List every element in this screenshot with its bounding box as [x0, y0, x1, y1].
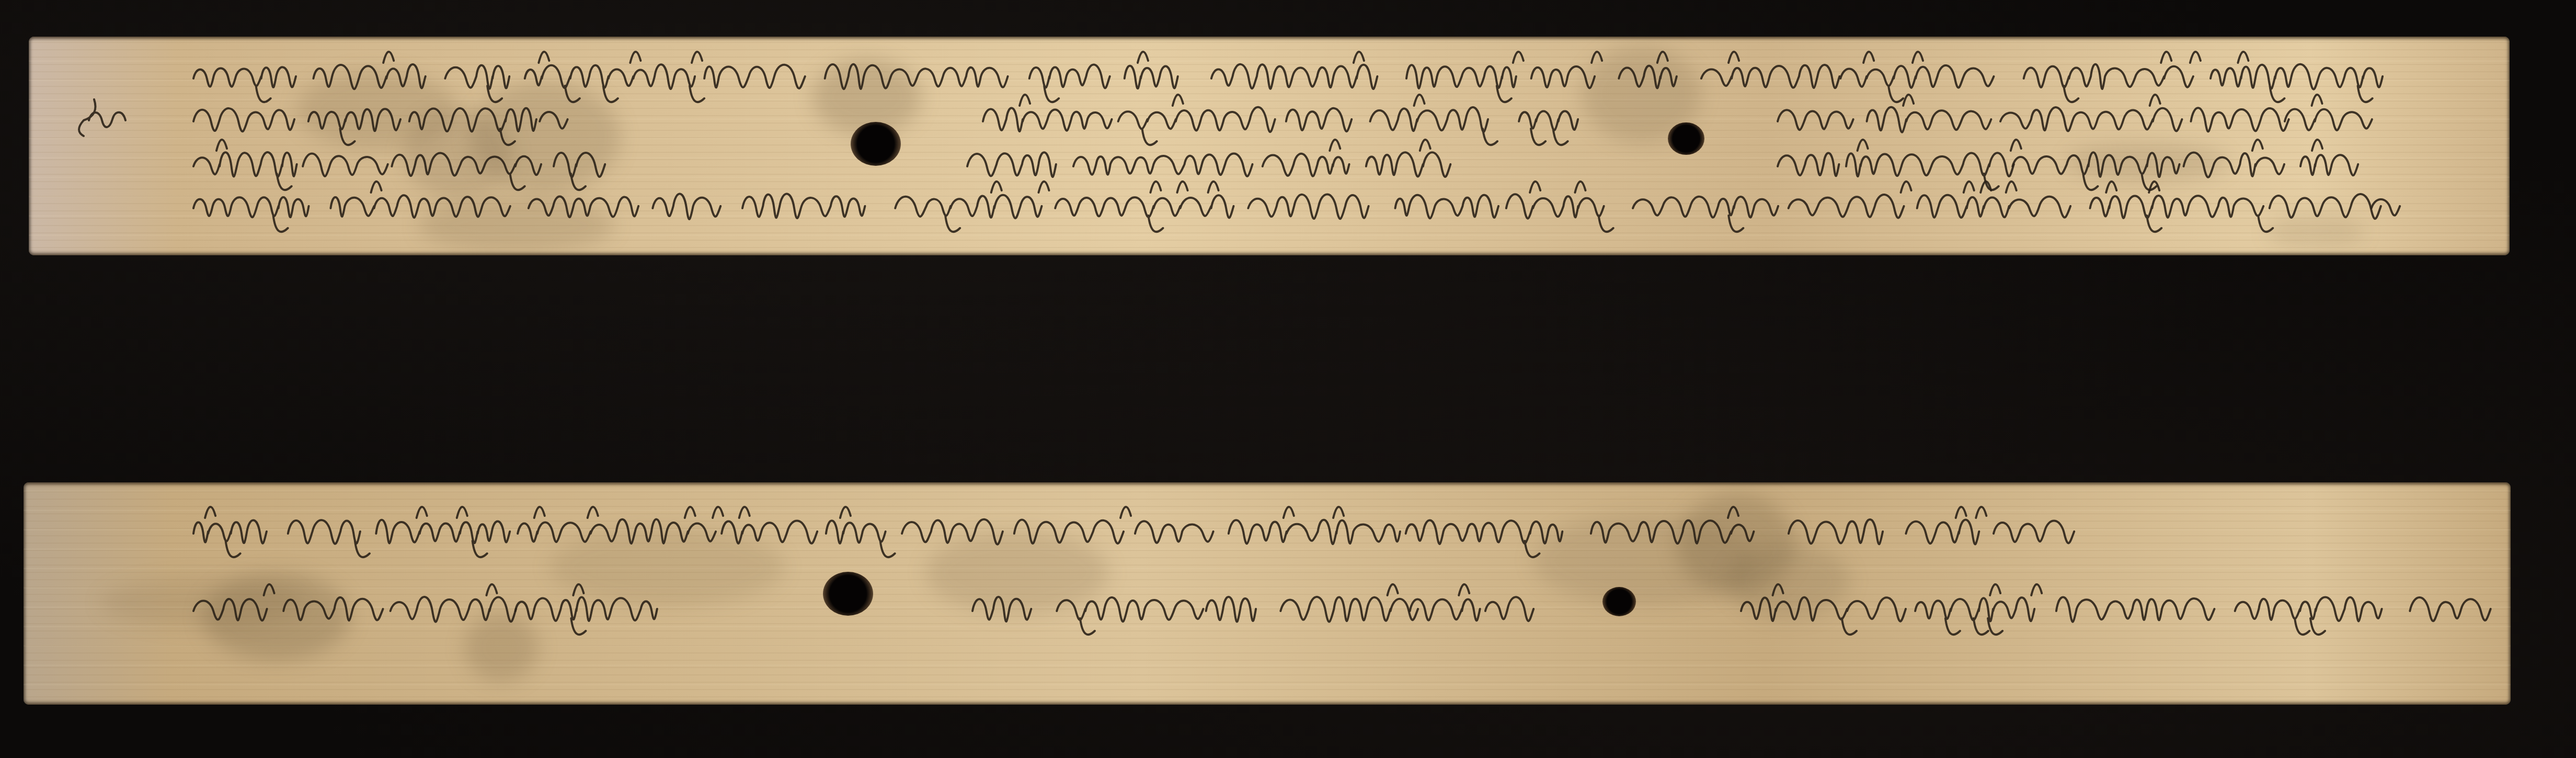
handwritten-word — [2300, 140, 2358, 175]
handwritten-word — [2372, 199, 2400, 216]
handwritten-word — [1591, 507, 1754, 544]
handwritten-word — [1125, 52, 1178, 88]
handwritten-word — [2235, 597, 2382, 635]
handwritten-word — [193, 67, 296, 102]
handwritten-word — [2410, 597, 2490, 621]
handwritten-word — [1395, 195, 1498, 219]
handwritten-word — [1229, 507, 1400, 544]
handwritten-word — [1029, 65, 1110, 103]
handwritten-word — [193, 140, 297, 190]
page-number-glyph — [79, 99, 125, 136]
handwritten-word — [1248, 194, 1368, 219]
handwritten-word — [1118, 95, 1275, 145]
handwritten-word — [1867, 95, 1991, 132]
handwritten-word — [392, 153, 541, 190]
handwritten-word — [1073, 154, 1253, 176]
handwritten-word — [826, 507, 895, 557]
handwritten-word — [2270, 194, 2381, 219]
handwritten-word — [967, 152, 1056, 177]
handwritten-word — [1741, 584, 1906, 635]
handwritten-word — [1506, 182, 1613, 232]
handwritten-word — [288, 520, 370, 557]
handwritten-word — [1263, 140, 1349, 176]
handwritten-word — [825, 64, 1008, 89]
handwritten-word — [1286, 108, 1352, 131]
handwritten-word — [1206, 597, 1256, 621]
handwritten-word — [1410, 584, 1480, 620]
handwritten-word — [1519, 111, 1578, 145]
handwritten-word — [193, 584, 274, 620]
handwritten-word — [1406, 521, 1563, 558]
handwritten-word — [1406, 52, 1524, 102]
handwritten-word — [704, 65, 805, 88]
handwritten-word — [1366, 140, 1450, 177]
handwritten-word — [652, 194, 720, 219]
handwritten-word — [2056, 597, 2214, 622]
handwritten-word — [1778, 110, 1853, 130]
handwritten-word — [2024, 52, 2201, 102]
handwritten-word — [1370, 95, 1497, 145]
handwritten-word — [303, 154, 388, 176]
handwritten-word — [2090, 182, 2273, 232]
handwritten-word — [193, 507, 267, 557]
handwritten-word — [1778, 153, 1839, 176]
handwritten-word — [1633, 197, 1778, 232]
handwritten-word — [525, 52, 704, 102]
handwritten-word — [376, 507, 510, 557]
handwritten-word — [193, 197, 309, 232]
handwritten-word — [972, 597, 1031, 621]
handwritten-word — [1915, 584, 2042, 635]
handwritten-word — [391, 584, 516, 622]
handwritten-word — [1846, 140, 2021, 190]
handwritten-word — [554, 153, 605, 190]
handwritten-word — [1789, 519, 1883, 544]
handwritten-word — [313, 52, 425, 89]
handwritten-word — [1211, 52, 1377, 89]
handwritten-word — [1531, 52, 1602, 88]
handwritten-word — [445, 65, 509, 102]
handwritten-word — [2000, 95, 2182, 131]
handwritten-word — [2211, 52, 2383, 102]
handwritten-word — [1917, 182, 2070, 218]
handwritten-word — [742, 194, 865, 218]
handwritten-word — [722, 507, 817, 544]
handwritten-word — [2285, 95, 2372, 130]
handwritten-word — [2183, 140, 2284, 177]
handwritten-word — [330, 182, 510, 218]
handwritten-word — [1619, 52, 1677, 88]
handwritten-word — [902, 519, 1003, 545]
handwritten-word — [1485, 597, 1533, 621]
handwritten-word — [409, 108, 536, 145]
handwritten-word — [2191, 108, 2288, 131]
handwritten-word — [193, 108, 294, 131]
handwritten-script-layer — [0, 0, 2576, 758]
handwritten-word — [1906, 507, 1986, 544]
handwritten-word — [516, 584, 657, 635]
handwritten-word — [1994, 521, 2074, 544]
handwritten-word — [1701, 52, 1839, 88]
handwritten-word — [1055, 182, 1233, 232]
handwritten-word — [529, 196, 638, 217]
handwritten-word — [1135, 521, 1213, 542]
handwritten-word — [895, 182, 1049, 232]
handwritten-word — [1789, 182, 1911, 218]
handwritten-word — [1280, 584, 1418, 622]
handwritten-word — [518, 507, 723, 544]
handwritten-word — [1057, 597, 1203, 635]
handwritten-word — [540, 112, 567, 129]
handwritten-word — [2012, 152, 2179, 190]
handwritten-word — [283, 597, 383, 620]
handwritten-word — [308, 109, 400, 145]
handwritten-word — [1014, 507, 1131, 544]
handwritten-word — [1840, 52, 1994, 102]
